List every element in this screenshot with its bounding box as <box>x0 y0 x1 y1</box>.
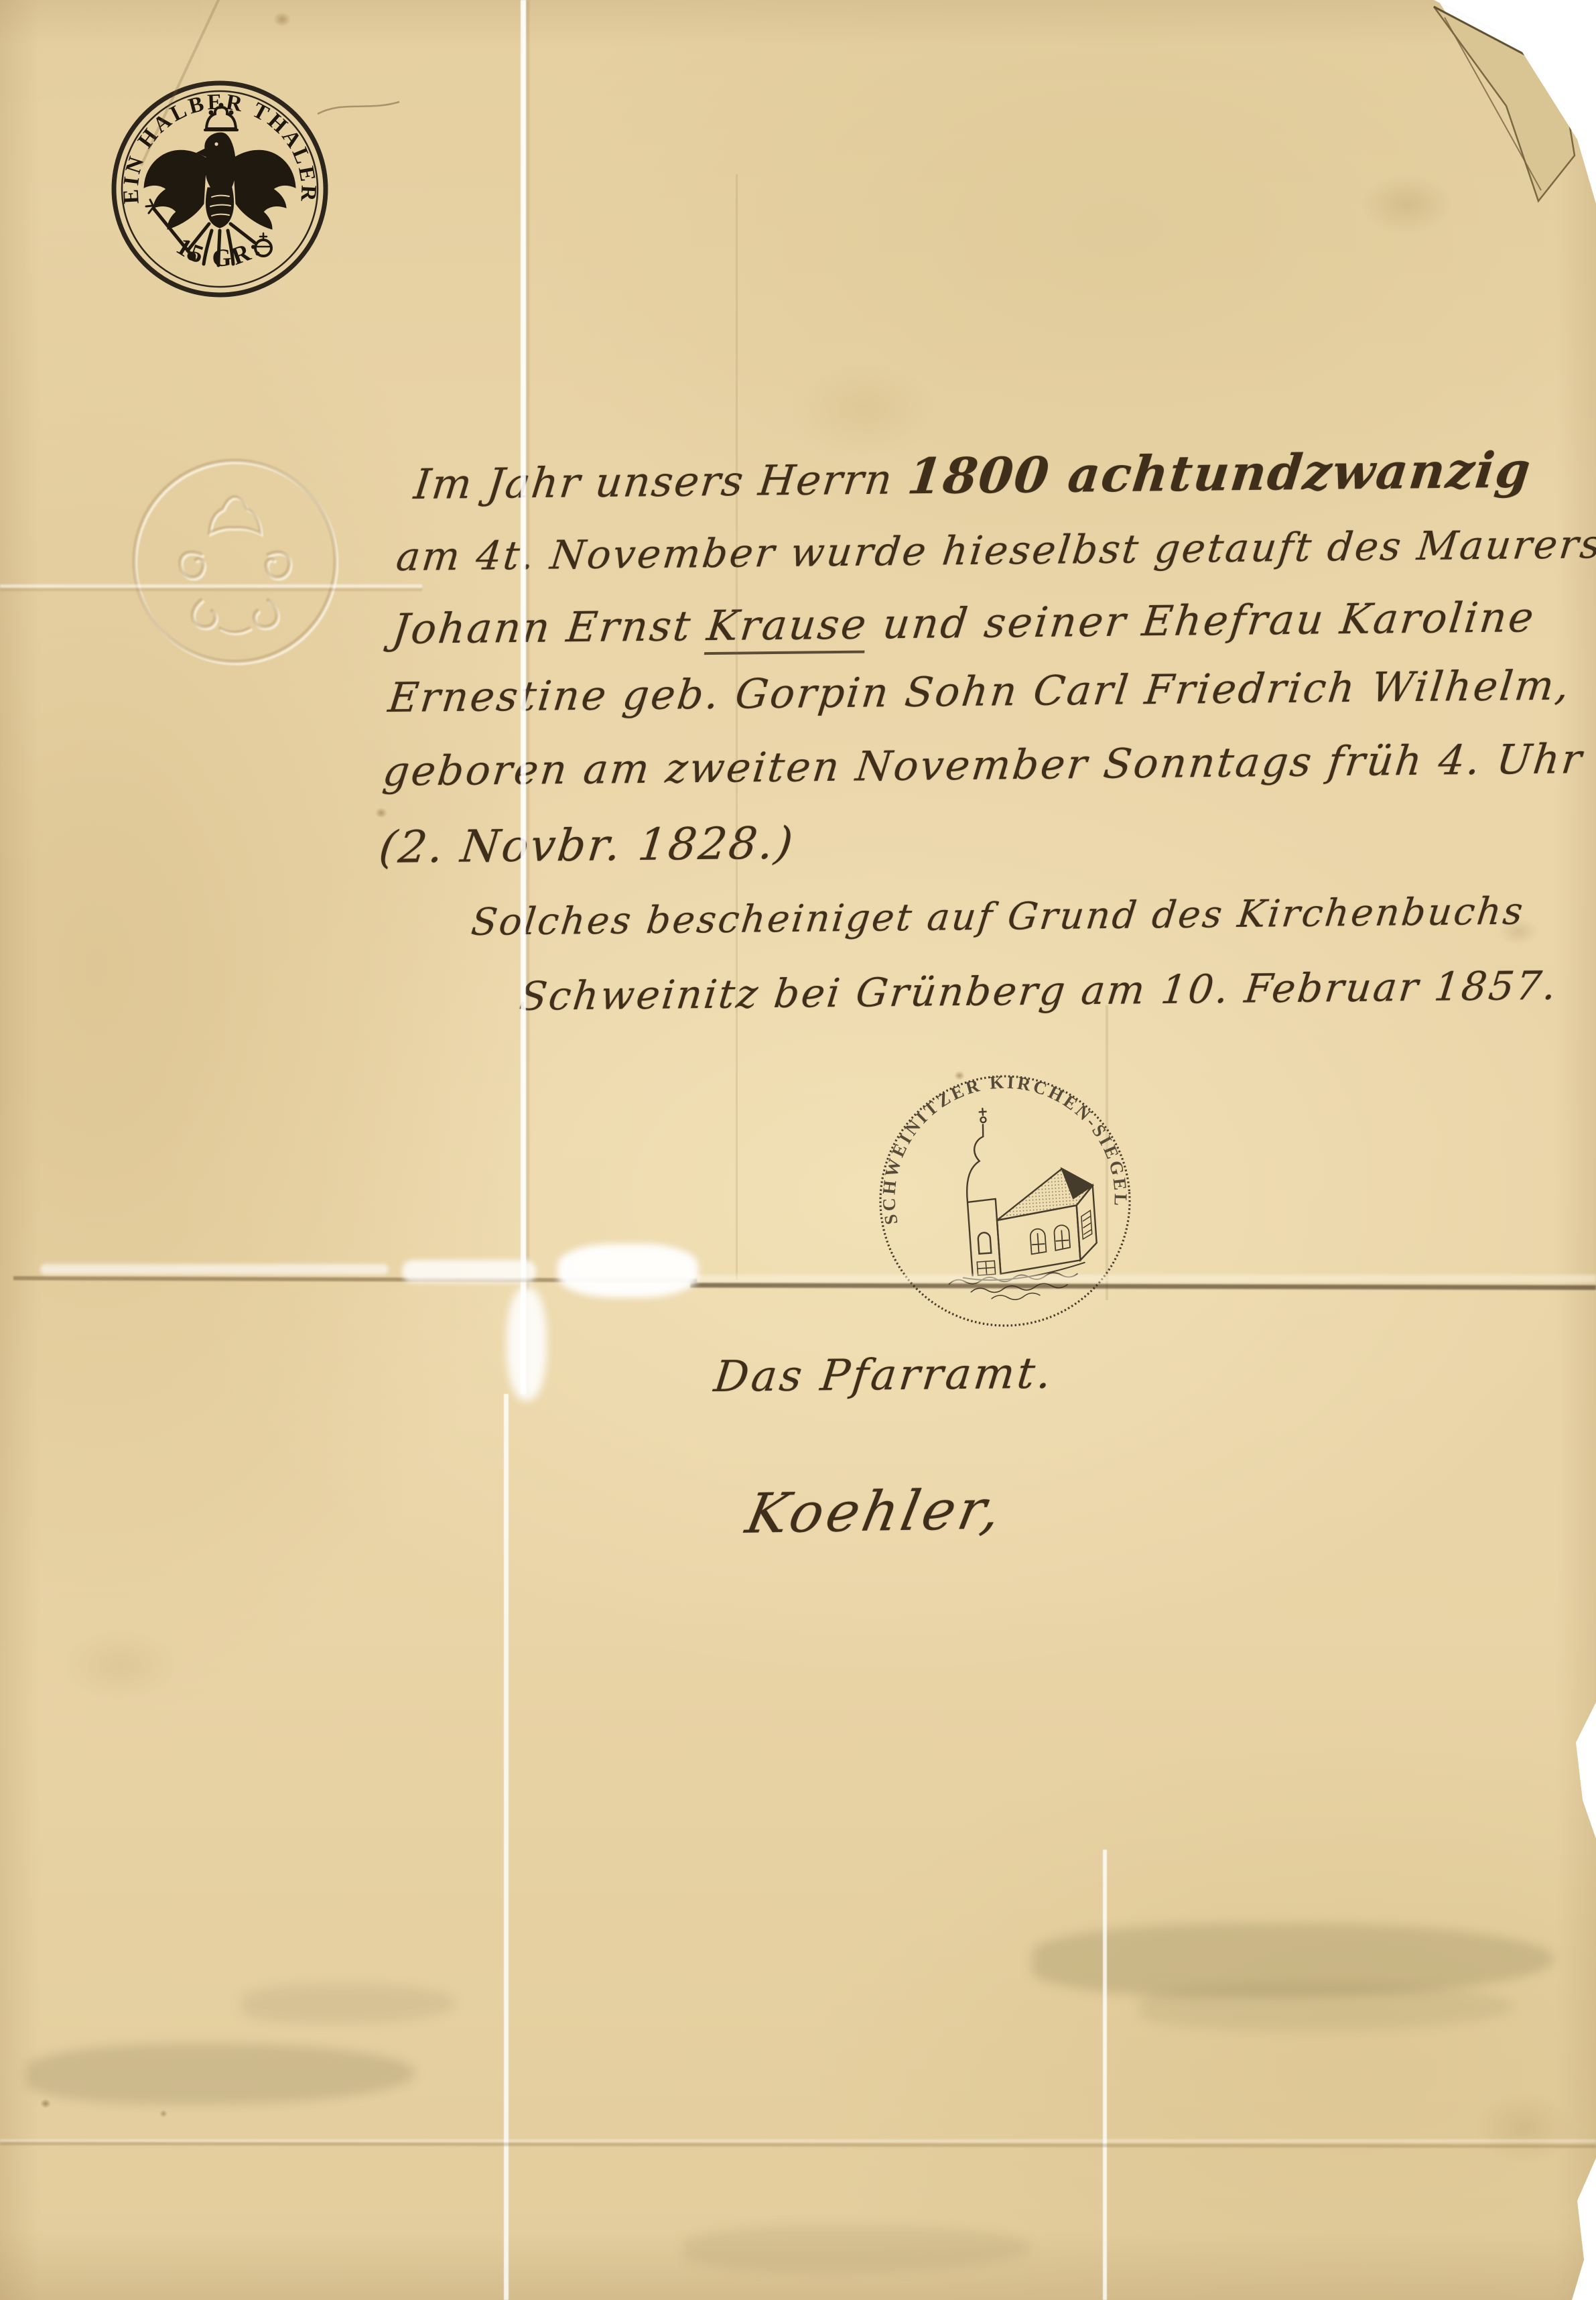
faint-vertical-crease <box>736 174 738 1280</box>
ink-bleedthrough <box>1139 1984 1514 2031</box>
age-stain <box>1474 2091 1575 2165</box>
age-stain <box>791 362 938 456</box>
handwriting-line-7: Solches bescheiniget auf Grund des Kirch… <box>469 890 1527 944</box>
signature-office: Das Pfarramt. <box>712 1349 1057 1402</box>
horizontal-fold-dark-left <box>13 1276 697 1283</box>
paper-edge-shading <box>0 0 1596 2300</box>
age-stain <box>60 1628 181 1702</box>
scanned-document-canvas: EIN HALBER THALER 15 GR: <box>0 0 1596 2300</box>
signature-name: Koehler, <box>741 1478 1010 1546</box>
paper-sheet: EIN HALBER THALER 15 GR: <box>0 0 1596 2300</box>
handwriting-line-5: geboren am zweiten November Sonntags frü… <box>381 735 1586 795</box>
church-stamp: SCHWEINITZER KIRCHEN-SIEGEL <box>864 1060 1146 1342</box>
handwriting-line-8: Schweinitz bei Grünberg am 10. Februar 1… <box>517 962 1560 1019</box>
fold-tear-white-junction <box>557 1244 698 1297</box>
handwriting-line-3: Johann Ernst Krause und seiner Ehefrau K… <box>390 592 1538 653</box>
horizontal-crease-bottom <box>0 2139 1596 2143</box>
church-building-icon <box>937 1101 1100 1304</box>
church-stamp-arc-text: SCHWEINITZER KIRCHEN-SIEGEL <box>870 1064 1132 1226</box>
age-stain <box>375 808 387 818</box>
ink-bleedthrough <box>683 2225 1032 2272</box>
line1-year-text: 1800 achtundzwanzig <box>905 442 1534 506</box>
handwriting-line-6: (2. Novbr. 1828.) <box>377 818 797 873</box>
embossed-seal <box>119 446 350 677</box>
handwriting-line-2: am 4t. November wurde hieselbst getauft … <box>394 521 1596 580</box>
horizontal-crease-bottom-shadow <box>0 2142 1596 2148</box>
age-stain <box>40 2099 51 2108</box>
ink-bleedthrough <box>1032 1923 1554 1997</box>
fold-tear-white-junction <box>507 1287 547 1401</box>
age-stain <box>273 12 291 27</box>
revenue-stamp: EIN HALBER THALER 15 GR: <box>106 75 334 303</box>
handwriting-line-4: Ernestine geb. Gorpin Sohn Carl Friedric… <box>386 662 1573 722</box>
line1-text: Im Jahr unsers Herrn <box>411 455 896 509</box>
underlined-surname: Krause <box>704 600 871 655</box>
folded-corner-flap <box>1407 0 1596 221</box>
ink-bleedthrough <box>241 1984 456 2024</box>
fold-tear-white <box>402 1260 536 1283</box>
ink-bleedthrough <box>27 2044 415 2104</box>
handwriting-line-1: Im Jahr unsers Herrn 1800 achtundzwanzig <box>411 442 1534 511</box>
age-stain <box>159 2110 168 2118</box>
fold-tear-white <box>40 1264 389 1275</box>
vertical-fold-crease-lower <box>504 1394 509 2300</box>
vertical-fold-crease-lower-right <box>1103 1850 1107 2300</box>
